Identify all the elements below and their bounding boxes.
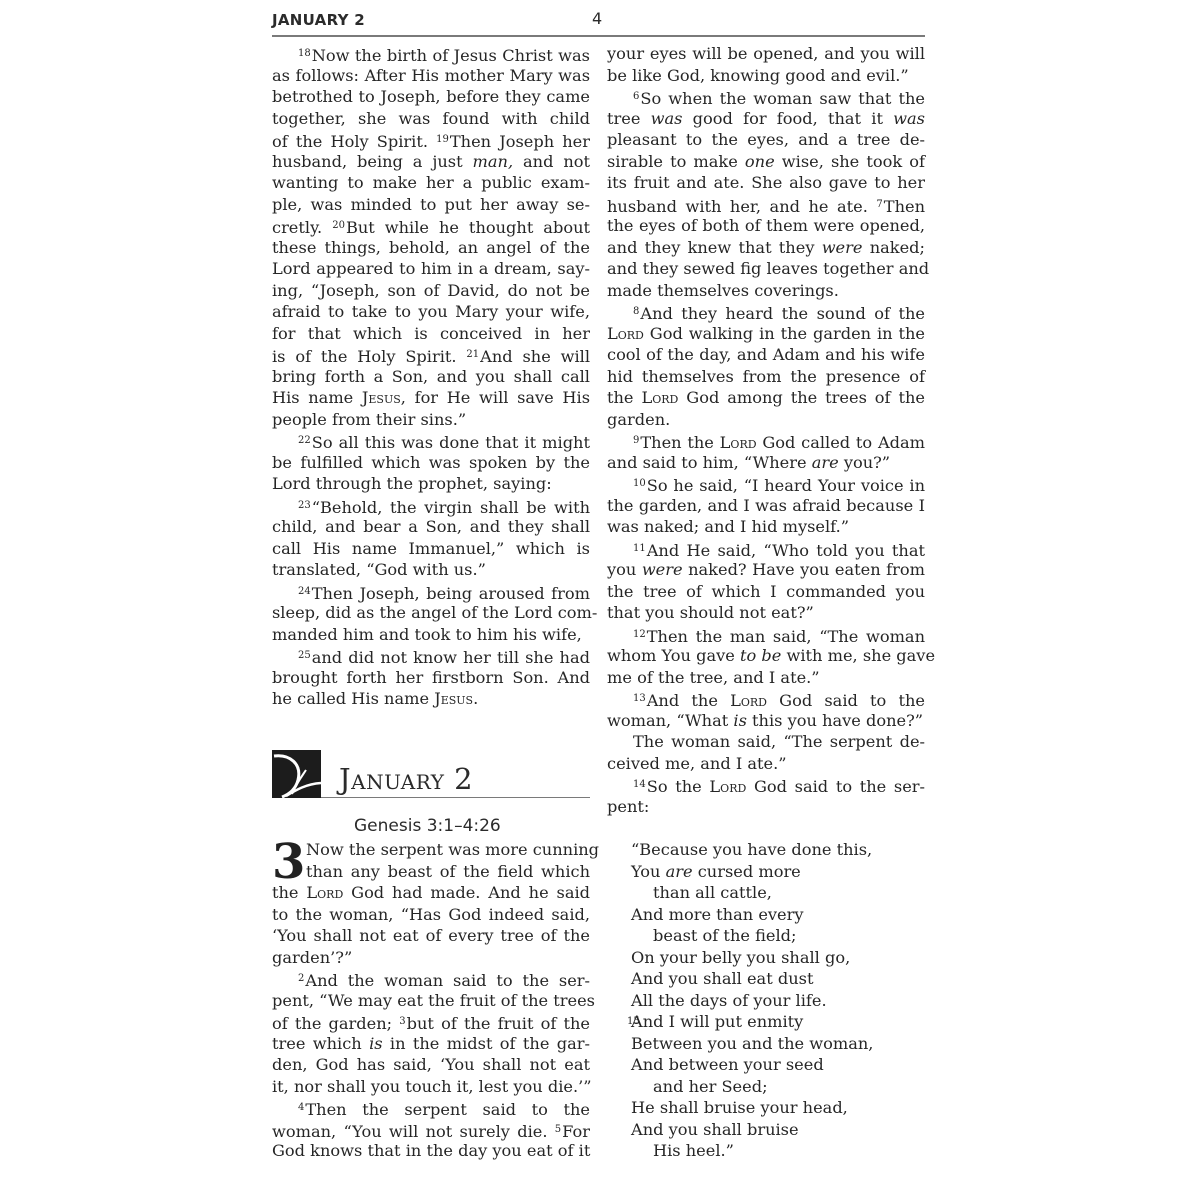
text-line: hid themselves from the presence of	[607, 367, 925, 388]
text-line: he called His name Jesus.	[272, 689, 478, 710]
reading-reference: Genesis 3:1–4:26	[354, 816, 501, 836]
poem-line: You are cursed more	[631, 862, 801, 883]
verse-number: 22	[298, 435, 311, 446]
text-line: 14So the Lord God said to the ser-	[607, 775, 925, 796]
verse-text: His name	[272, 388, 362, 407]
text-line: ceived me, and I ate.”	[607, 754, 787, 775]
poem-line: Between you and the woman,	[631, 1034, 873, 1055]
italic-text: were	[642, 560, 683, 579]
verse-text: Then the serpent said to the	[305, 1100, 590, 1119]
poem-line: And you shall bruise	[631, 1120, 799, 1141]
text-line: for that which is conceived in her	[272, 324, 590, 345]
text-line: you were naked? Have you eaten from	[607, 560, 925, 581]
verse-number: 5	[555, 1124, 561, 1135]
text-line: your eyes will be opened, and you will	[607, 44, 925, 65]
italic-text: to be	[740, 646, 781, 665]
verse-text: you	[607, 560, 642, 579]
verse-text: God knows that in the day you eat of it	[272, 1141, 590, 1160]
verse-text: And you shall eat dust	[631, 969, 813, 988]
poem-line: And you shall eat dust	[631, 969, 813, 990]
verse-text: So all this was done that it might	[312, 433, 590, 452]
text-line: pent:	[607, 797, 649, 818]
verse-text: “Behold, the virgin shall be with	[312, 498, 590, 517]
verse-text: translated, “God with us.”	[272, 560, 486, 579]
poem-line: than all cattle,	[653, 883, 772, 904]
text-line: child, and bear a Son, and they shall	[272, 517, 590, 538]
verse-number: 14	[633, 779, 646, 790]
verse-text: Then Joseph her	[450, 132, 590, 151]
text-line: together, she was found with child	[272, 109, 590, 130]
text-line: tree was good for food, that it was	[607, 109, 925, 130]
text-line: it, nor shall you touch it, lest you die…	[272, 1077, 592, 1098]
verse-text: of the garden;	[272, 1014, 399, 1033]
text-line: 4Then the serpent said to the	[272, 1098, 590, 1119]
verse-number: 21	[466, 349, 479, 360]
small-caps-text: Lord	[730, 691, 767, 710]
text-line: call His name Immanuel,” which is	[272, 539, 590, 560]
verse-text: be like God, knowing good and evil.”	[607, 66, 909, 85]
verse-number: 19	[436, 134, 449, 145]
italic-text: was	[651, 109, 683, 128]
poem-line: On your belly you shall go,	[631, 948, 850, 969]
verse-text: call His name Immanuel,” which is	[272, 539, 590, 558]
text-line: God knows that in the day you eat of it	[272, 1141, 590, 1162]
verse-text: this you have done?”	[747, 711, 923, 730]
verse-text: good for food, that it	[682, 109, 893, 128]
verse-text: On your belly you shall go,	[631, 948, 850, 967]
poem-line: And more than every	[631, 905, 804, 926]
poem-line: “Because you have done this,	[631, 840, 872, 861]
verse-text: pent:	[607, 797, 649, 816]
verse-text: Between you and the woman,	[631, 1034, 873, 1053]
text-line: the eyes of both of them were opened,	[607, 216, 925, 237]
verse-text: your eyes will be opened, and you will	[607, 44, 925, 63]
verse-text: garden.	[607, 410, 670, 429]
verse-text: in the midst of the gar-	[383, 1034, 590, 1053]
verse-text: God said to the	[767, 691, 925, 710]
small-caps-text: Lord	[720, 433, 757, 452]
text-line: ing, “Joseph, son of David, do not be	[272, 281, 590, 302]
verse-text: And they heard the sound of the	[640, 304, 925, 323]
text-line: 10So he said, “I heard Your voice in	[607, 474, 925, 495]
verse-text: Lord appeared to him in a dream, say-	[272, 259, 590, 278]
section-heading: January 2	[272, 750, 590, 800]
verse-text: God called to Adam	[757, 433, 925, 452]
verse-number: 23	[298, 500, 311, 511]
verse-text: sleep, did as the angel of the Lord com-	[272, 603, 597, 622]
verse-number: 2	[298, 973, 304, 984]
text-line: the Lord God had made. And he said	[272, 883, 590, 904]
italic-text: man,	[473, 152, 514, 171]
verse-text: So the	[647, 777, 710, 796]
verse-text: ing, “Joseph, son of David, do not be	[272, 281, 590, 300]
text-line: husband with her, and he ate. 7Then	[607, 195, 925, 216]
verse-text: naked? Have you eaten from	[683, 560, 925, 579]
text-line: wanting to make her a public exam-	[272, 173, 590, 194]
text-line: 9Then the Lord God called to Adam	[607, 431, 925, 452]
verse-text: And the	[647, 691, 730, 710]
verse-text: cretly.	[272, 218, 332, 237]
verse-text: for that which is conceived in her	[272, 324, 590, 343]
text-line: and said to him, “Where are you?”	[607, 453, 890, 474]
verse-text: pleasant to the eyes, and a tree de-	[607, 130, 925, 149]
verse-text: naked;	[862, 238, 925, 257]
text-line: manded him and took to him his wife,	[272, 625, 582, 646]
text-line: 22So all this was done that it might	[272, 431, 590, 452]
verse-text: beast of the field;	[653, 926, 796, 945]
verse-text: And she will	[480, 347, 590, 366]
text-line: 11And He said, “Who told you that	[607, 539, 925, 560]
verse-text: hid themselves from the presence of	[607, 367, 925, 386]
text-line: 25and did not know her till she had	[272, 646, 590, 667]
verse-number: 18	[298, 48, 311, 59]
small-caps-text: Lord	[709, 777, 746, 796]
verse-text: was naked; and I hid myself.”	[607, 517, 849, 536]
verse-text: Now the serpent was more cunning	[306, 840, 599, 859]
verse-number: 10	[633, 478, 646, 489]
verse-text: Then the	[640, 433, 719, 452]
text-line: be fulfilled which was spoken by the	[272, 453, 590, 474]
verse-text: And the woman said to the ser-	[305, 971, 590, 990]
verse-text: the eyes of both of them were opened,	[607, 216, 925, 235]
verse-text: Then Joseph, being aroused from	[312, 584, 590, 603]
verse-text: sirable to make	[607, 152, 745, 171]
verse-text: husband with her, and he ate.	[607, 197, 876, 216]
text-line: garden’?”	[272, 948, 352, 969]
text-line: The woman said, “The serpent de-	[607, 732, 925, 753]
verse-text: afraid to take to you Mary your wife,	[272, 302, 590, 321]
text-line: pent, “We may eat the fruit of the trees	[272, 991, 590, 1012]
verse-text: ple, was minded to put her away se-	[272, 195, 590, 214]
verse-text: of the Holy Spirit.	[272, 132, 436, 151]
italic-text: one	[745, 152, 775, 171]
italic-text: was	[893, 109, 925, 128]
text-line: that you should not eat?”	[607, 603, 814, 624]
verse-text: people from their sins.”	[272, 410, 466, 429]
verse-text: and said to him, “Where	[607, 453, 812, 472]
verse-text: And between your seed	[631, 1055, 824, 1074]
poem-line: He shall bruise your head,	[631, 1098, 848, 1119]
text-line: brought forth her firstborn Son. And	[272, 668, 590, 689]
page-number: 4	[592, 9, 602, 28]
text-line: made themselves coverings.	[607, 281, 839, 302]
verse-text: child, and bear a Son, and they shall	[272, 517, 590, 536]
verse-text: than all cattle,	[653, 883, 772, 902]
poem-line: And between your seed	[631, 1055, 824, 1076]
text-line: and they knew that they were naked;	[607, 238, 925, 259]
text-line: sirable to make one wise, she took of	[607, 152, 925, 173]
verse-text: than any beast of the field which	[306, 862, 590, 881]
verse-text: The woman said, “The serpent de-	[633, 732, 925, 751]
verse-text: For	[562, 1122, 590, 1141]
text-line: be like God, knowing good and evil.”	[607, 66, 909, 87]
verse-text: husband, being a just	[272, 152, 473, 171]
text-line: than any beast of the field which	[306, 862, 590, 883]
verse-number: 11	[633, 543, 646, 554]
verse-text: tree which	[272, 1034, 369, 1053]
text-line: 6So when the woman saw that the	[607, 87, 925, 108]
verse-text: be fulfilled which was spoken by the	[272, 453, 590, 472]
verse-text: “Because you have done this,	[631, 840, 872, 859]
text-line: den, God has said, ‘You shall not eat	[272, 1055, 590, 1076]
verse-text: me of the tree, and I ate.”	[607, 668, 820, 687]
verse-text: bring forth a Son, and you shall call	[272, 367, 590, 386]
text-line: translated, “God with us.”	[272, 560, 486, 581]
text-line: garden.	[607, 410, 670, 431]
italic-text: is	[369, 1034, 382, 1053]
text-line: people from their sins.”	[272, 410, 466, 431]
verse-text: His heel.”	[653, 1141, 734, 1160]
verse-text: manded him and took to him his wife,	[272, 625, 582, 644]
verse-text: the	[272, 883, 306, 902]
poem-line: All the days of your life.	[631, 991, 827, 1012]
poem-line: 15And I will put enmity	[631, 1012, 803, 1033]
text-line: His name Jesus, for He will save His	[272, 388, 590, 409]
verse-number: 8	[633, 306, 639, 317]
text-line: me of the tree, and I ate.”	[607, 668, 820, 689]
sprout-logo-icon	[272, 750, 321, 798]
verse-text: betrothed to Joseph, before they came	[272, 87, 590, 106]
text-line: 23“Behold, the virgin shall be with	[272, 496, 590, 517]
header-rule	[272, 35, 925, 37]
text-line: 18Now the birth of Jesus Christ was	[272, 44, 590, 65]
text-line: of the Holy Spirit. 19Then Joseph her	[272, 130, 590, 151]
chapter-drop-cap: 3	[272, 838, 305, 886]
verse-text: You	[631, 862, 666, 881]
verse-text: But while he thought about	[346, 218, 590, 237]
verse-text: Then	[884, 197, 925, 216]
poem-line: beast of the field;	[653, 926, 796, 947]
text-line: Lord appeared to him in a dream, say-	[272, 259, 590, 280]
small-caps-text: Lord	[641, 388, 678, 407]
text-line: 8And they heard the sound of the	[607, 302, 925, 323]
verse-text: pent, “We may eat the fruit of the trees	[272, 991, 595, 1010]
verse-text: to the woman, “Has God indeed said,	[272, 905, 590, 924]
text-line: afraid to take to you Mary your wife,	[272, 302, 590, 323]
verse-text: cursed more	[693, 862, 801, 881]
verse-text: its fruit and ate. She also gave to her	[607, 173, 925, 192]
verse-text: with me, she gave	[781, 646, 935, 665]
verse-number: 25	[298, 650, 311, 661]
text-line: husband, being a just man, and not	[272, 152, 590, 173]
verse-number: 4	[298, 1102, 304, 1113]
small-caps-text: Jesus	[434, 689, 473, 708]
verse-text: and they knew that they	[607, 238, 822, 257]
verse-text: made themselves coverings.	[607, 281, 839, 300]
verse-text: And He said, “Who told you that	[647, 541, 925, 560]
verse-text: wise, she took of	[775, 152, 925, 171]
verse-text: God had made. And he said	[343, 883, 590, 902]
verse-text: as follows: After His mother Mary was	[272, 66, 590, 85]
verse-text: He shall bruise your head,	[631, 1098, 848, 1117]
verse-text: together, she was found with child	[272, 109, 590, 128]
poem-line: His heel.”	[653, 1141, 734, 1162]
verse-text: woman, “What	[607, 711, 733, 730]
text-line: as follows: After His mother Mary was	[272, 66, 590, 87]
small-caps-text: Lord	[607, 324, 644, 343]
verse-text: All the days of your life.	[631, 991, 827, 1010]
text-line: of the garden; 3but of the fruit of the	[272, 1012, 590, 1033]
verse-text: tree	[607, 109, 651, 128]
text-line: to the woman, “Has God indeed said,	[272, 905, 590, 926]
verse-text: wanting to make her a public exam-	[272, 173, 590, 192]
verse-text: ceived me, and I ate.”	[607, 754, 787, 773]
verse-text: God walking in the garden in the	[644, 324, 925, 343]
verse-text: whom You gave	[607, 646, 740, 665]
italic-text: is	[733, 711, 746, 730]
verse-text: and they sewed fig leaves together and	[607, 259, 929, 278]
verse-number: 24	[298, 586, 311, 597]
verse-text: cool of the day, and Adam and his wife	[607, 345, 925, 364]
running-head: JANUARY 2	[272, 11, 365, 29]
small-caps-text: Lord	[306, 883, 343, 902]
text-line: betrothed to Joseph, before they came	[272, 87, 590, 108]
text-line: tree which is in the midst of the gar-	[272, 1034, 590, 1055]
text-line: 12Then the man said, “The woman	[607, 625, 925, 646]
text-line: cretly. 20But while he thought about	[272, 216, 590, 237]
text-line: Lord through the prophet, saying:	[272, 474, 552, 495]
text-line: whom You gave to be with me, she gave	[607, 646, 925, 667]
verse-number: 12	[633, 629, 646, 640]
verse-text: the	[607, 388, 641, 407]
italic-text: are	[812, 453, 839, 472]
verse-text: he called His name	[272, 689, 434, 708]
text-line: woman, “What is this you have done?”	[607, 711, 923, 732]
text-line: ‘You shall not eat of every tree of the	[272, 926, 590, 947]
verse-text: Now the birth of Jesus Christ was	[312, 46, 590, 65]
verse-number: 6	[633, 91, 639, 102]
verse-text: it, nor shall you touch it, lest you die…	[272, 1077, 592, 1096]
text-line: its fruit and ate. She also gave to her	[607, 173, 925, 194]
text-line: was naked; and I hid myself.”	[607, 517, 849, 538]
verse-text: is of the Holy Spirit.	[272, 347, 466, 366]
text-line: woman, “You will not surely die. 5For	[272, 1120, 590, 1141]
verse-text: ‘You shall not eat of every tree of the	[272, 926, 590, 945]
verse-text: So he said, “I heard Your voice in	[647, 476, 925, 495]
verse-text: .	[473, 689, 478, 708]
verse-number: 3	[399, 1016, 405, 1027]
verse-text: the tree of which I commanded you	[607, 582, 925, 601]
section-rule	[321, 797, 590, 798]
text-line: ple, was minded to put her away se-	[272, 195, 590, 216]
verse-text: So when the woman saw that the	[640, 89, 925, 108]
verse-text: and not	[513, 152, 590, 171]
verse-text: God among the trees of the	[678, 388, 925, 407]
verse-text: you?”	[839, 453, 890, 472]
verse-text: brought forth her firstborn Son. And	[272, 668, 590, 687]
text-line: sleep, did as the angel of the Lord com-	[272, 603, 590, 624]
verse-number: 7	[876, 199, 882, 210]
verse-text: and did not know her till she had	[312, 648, 590, 667]
poem-line: and her Seed;	[653, 1077, 768, 1098]
small-caps-text: Jesus	[362, 388, 401, 407]
verse-number: 20	[332, 220, 345, 231]
text-line: Now the serpent was more cunning	[306, 840, 590, 861]
verse-text: , for He will save His	[401, 388, 590, 407]
bible-page: JANUARY 2 4 18Now the birth of Jesus Chr…	[0, 0, 1200, 1200]
verse-text: the garden, and I was afraid because I	[607, 496, 925, 515]
verse-number: 15	[627, 1012, 640, 1032]
text-line: the Lord God among the trees of the	[607, 388, 925, 409]
verse-text: den, God has said, ‘You shall not eat	[272, 1055, 590, 1074]
text-line: cool of the day, and Adam and his wife	[607, 345, 925, 366]
verse-text: And I will put enmity	[631, 1012, 803, 1031]
verse-text: Then the man said, “The woman	[647, 627, 925, 646]
italic-text: were	[822, 238, 863, 257]
section-title: January 2	[339, 762, 473, 796]
text-line: these things, behold, an angel of the	[272, 238, 590, 259]
text-line: 2And the woman said to the ser-	[272, 969, 590, 990]
text-line: and they sewed fig leaves together and	[607, 259, 925, 280]
verse-text: God said to the ser-	[746, 777, 925, 796]
verse-text: that you should not eat?”	[607, 603, 814, 622]
verse-text: and her Seed;	[653, 1077, 768, 1096]
verse-text: but of the fruit of the	[407, 1014, 590, 1033]
italic-text: are	[666, 862, 693, 881]
verse-text: garden’?”	[272, 948, 352, 967]
verse-text: Lord through the prophet, saying:	[272, 474, 552, 493]
text-line: 13And the Lord God said to the	[607, 689, 925, 710]
verse-text: And you shall bruise	[631, 1120, 799, 1139]
verse-text: woman, “You will not surely die.	[272, 1122, 555, 1141]
text-line: is of the Holy Spirit. 21And she will	[272, 345, 590, 366]
text-line: the garden, and I was afraid because I	[607, 496, 925, 517]
verse-text: And more than every	[631, 905, 804, 924]
verse-number: 9	[633, 435, 639, 446]
text-line: pleasant to the eyes, and a tree de-	[607, 130, 925, 151]
verse-text: these things, behold, an angel of the	[272, 238, 590, 257]
text-line: bring forth a Son, and you shall call	[272, 367, 590, 388]
text-line: 24Then Joseph, being aroused from	[272, 582, 590, 603]
verse-number: 13	[633, 693, 646, 704]
text-line: Lord God walking in the garden in the	[607, 324, 925, 345]
text-line: the tree of which I commanded you	[607, 582, 925, 603]
